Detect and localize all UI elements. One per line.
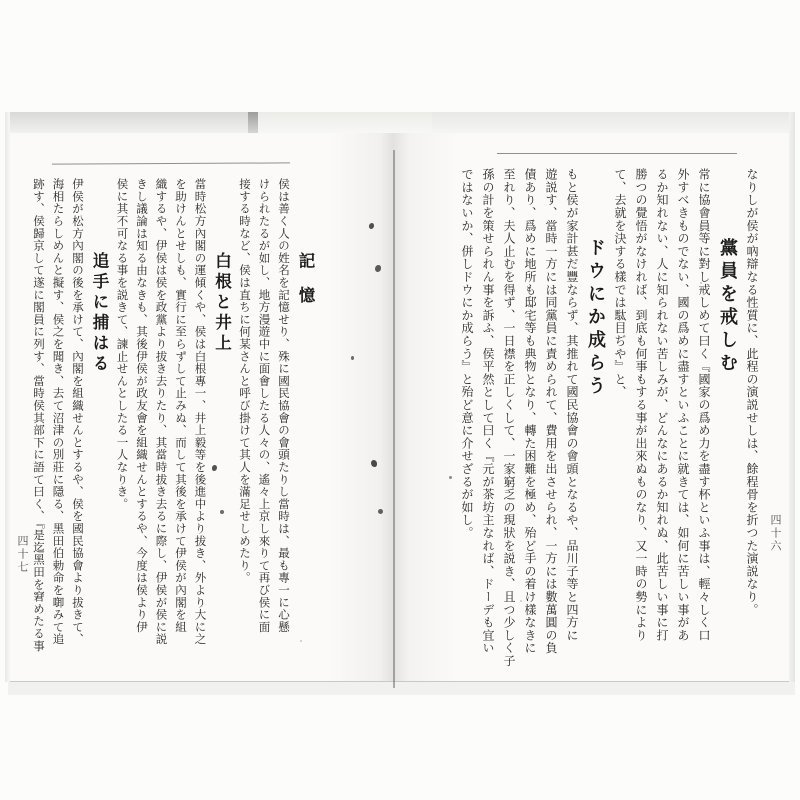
text-column: 孫の計を策せられん事を訴ふ、侯平然として曰く『元が茶坊主なれば、ドーデも宜い bbox=[477, 168, 498, 690]
text-column: なりしが侯が吶辯なる性質に、此程の演説せしは、餘程骨を折つた演説なり。 bbox=[741, 168, 762, 690]
section-heading: 追手に捕はる bbox=[87, 178, 112, 652]
right-page-text: なりしが侯が吶辯なる性質に、此程の演説せしは、餘程骨を折つた演説なり。 黨員を戒… bbox=[456, 168, 762, 690]
text-column: 侯に其不可なる事を説きて、諫止せんとしたる一人なりき。 bbox=[112, 178, 132, 652]
paper-noise-dot bbox=[640, 430, 642, 432]
page-right-edge bbox=[789, 112, 795, 682]
page-top-edge bbox=[258, 112, 432, 133]
text-column: を助けんとせしも、實行に至らずして止みぬ、而して其後を承けて伊侯が內閣を組 bbox=[171, 178, 191, 652]
section-heading: 白根と井上 bbox=[210, 178, 235, 652]
left-page-text: 記憶 侯は善く人の姓名を記憶せり、殊に國民協會の會頭たりし當時は、最も專一に心懸… bbox=[29, 178, 319, 652]
section-heading: 記憶 bbox=[293, 178, 318, 652]
paper-noise-dot bbox=[700, 282, 702, 284]
page-left-edge bbox=[5, 112, 10, 682]
page-top-edge-streak bbox=[248, 112, 258, 133]
text-column: 債あり、爲めに地所も邸宅等も典物となり、轉た困難を極め、殆ど手の着け樣なきに bbox=[519, 168, 540, 690]
text-column: もと侯が家計甚だ豐ならず、其推れて國民協會の會頭となるや、品川子等と四方に bbox=[561, 168, 582, 690]
text-column: 接する時など、侯は直ちに何某さんと呼び掛けて其人を滿足せしめたり。 bbox=[235, 178, 255, 652]
text-column: 外すべきものでない、國の爲めに盡すといふことに就きては、如何に苦しい事があ bbox=[672, 168, 693, 690]
text-column: けられたるが如し、地方漫遊中に面會したる人々の、遙々上京し來りて再び侯に面 bbox=[254, 178, 274, 652]
page-top-edge bbox=[8, 112, 248, 133]
page-top-edge bbox=[432, 112, 794, 133]
text-column: 海相たらしめんと擬す、侯之を聞き、去て沼津の別莊に隱る、黑田伯勅命を啣みて追 bbox=[48, 178, 68, 652]
text-column: 至れり、夫人止むを得ず、一日襟を正しくして、一家窮乏の現狀を説き、且つ少しく子 bbox=[498, 168, 519, 690]
text-column: 跡す、侯歸京して遂に閣員に列す、當時侯其部下に語て曰く、『是迄黑田を窘めたる事 bbox=[29, 178, 49, 652]
text-column: 遊説す、當時一方には同黨員に責められて、費用を出させられ、一方には數萬圓の負 bbox=[540, 168, 561, 690]
page-number-right: 四十六 bbox=[767, 514, 783, 553]
text-column: 當時松方內閣の運傾くや、侯は白根專一、井上毅等を後進中より拔き、外より大に之 bbox=[190, 178, 210, 652]
scanned-book-spread: { "document_language": "Japanese (vertic… bbox=[0, 0, 800, 800]
gutter-fold-line bbox=[393, 150, 395, 688]
ink-speck bbox=[371, 460, 377, 467]
text-column: 伊侯が松方內閣の後を承けて、內閣を組織せんとするや、侯を國民協會より拔きて、 bbox=[68, 178, 88, 652]
text-column: て、去就を決する樣では駄目ぢや』と、 bbox=[609, 168, 630, 690]
top-rule-right-page bbox=[497, 153, 737, 154]
ink-speck bbox=[449, 476, 452, 479]
ink-speck bbox=[220, 510, 224, 514]
paper-noise-dot bbox=[520, 600, 522, 602]
section-heading: 黨員を戒しむ bbox=[714, 168, 741, 690]
text-column: るか知れない、人に知られない苦しみが、どんなにあるか知れぬ、此苦しい事に打 bbox=[651, 168, 672, 690]
text-column: 織するや、伊侯は侯を政黨より拔き去りたり、其當時拔き去るに際し、伊侯が侯に説 bbox=[151, 178, 171, 652]
text-column: 侯は善く人の姓名を記憶せり、殊に國民協會の會頭たりし當時は、最も專一に心懸 bbox=[274, 178, 294, 652]
text-column: 常に協會員等に對し戒しめて曰く『國家の爲め力を盡す杯といふ事は、輕々しく口 bbox=[693, 168, 714, 690]
text-column: きし議論は知る由なきも、其後伊侯が政友會を組織せんとするや、今度は侯より伊 bbox=[132, 178, 152, 652]
section-heading: ドウにか成らう bbox=[582, 168, 609, 690]
paper-noise-dot bbox=[300, 640, 302, 642]
ink-speck bbox=[378, 509, 383, 514]
page-number-left: 四十七 bbox=[14, 535, 30, 574]
text-column: 勝つの覺悟がなければ、到底も何事もする事が出來ぬものなり、又一時の勢により bbox=[630, 168, 651, 690]
text-column: ではないか、併しドウにか成らう』と殆ど意に介せざるが如し。 bbox=[456, 168, 477, 690]
ink-speck bbox=[351, 356, 354, 360]
